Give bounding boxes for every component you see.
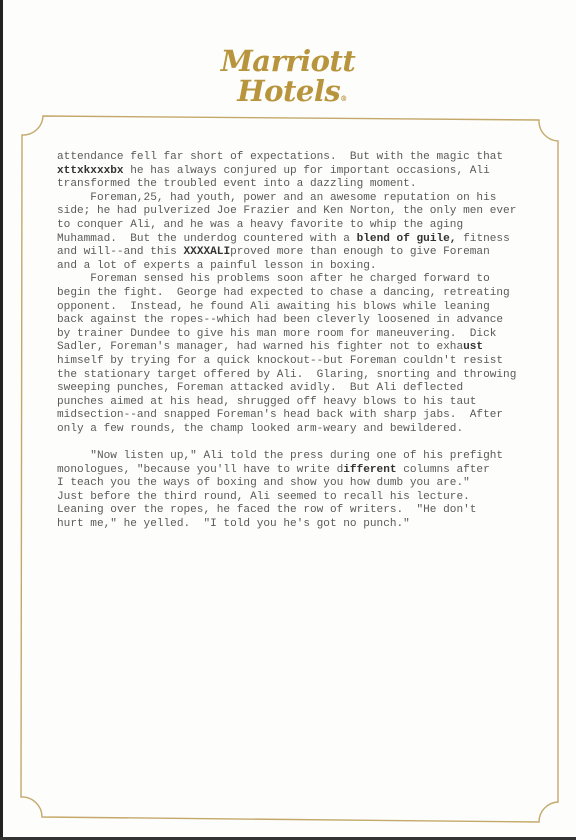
text-run: by trainer Dundee to give his man more r…	[57, 328, 496, 340]
text-run: Leaning over the ropes, he faced the row…	[57, 504, 476, 516]
text-line: "Now listen up," Ali told the press duri…	[57, 450, 557, 464]
text-run: proved more than enough to give Foreman	[230, 246, 490, 258]
text-run: fitness	[456, 233, 509, 245]
text-line: opponent. Instead, he found Ali awaiting…	[57, 301, 557, 315]
text-run: begin the fight. George had expected to …	[57, 287, 510, 299]
text-line: Just before the third round, Ali seemed …	[57, 491, 557, 505]
text-line: and will--and this XXXXALIproved more th…	[57, 246, 557, 260]
text-line: himself by trying for a quick knockout--…	[57, 355, 557, 369]
text-line: by trainer Dundee to give his man more r…	[57, 328, 557, 342]
overtyped-text: ust	[463, 341, 483, 353]
struck-out-text: XXXXALI	[184, 246, 231, 258]
text-run: opponent. Instead, he found Ali awaiting…	[57, 301, 490, 313]
text-run: columns after	[397, 464, 490, 476]
text-run: "Now listen up," Ali told the press duri…	[57, 450, 503, 462]
text-run: punches aimed at his head, shrugged off …	[57, 396, 476, 408]
text-line: and a lot of experts a painful lesson in…	[57, 260, 557, 274]
text-line: punches aimed at his head, shrugged off …	[57, 396, 557, 410]
text-line: sweeping punches, Foreman attacked avidl…	[57, 382, 557, 396]
text-run: side; he had pulverized Joe Frazier and …	[57, 205, 516, 217]
text-run: Just before the third round, Ali seemed …	[57, 491, 470, 503]
text-line: midsection--and snapped Foreman's head b…	[57, 409, 557, 423]
text-run: to conquer Ali, and he was a heavy favor…	[57, 219, 463, 231]
text-run: midsection--and snapped Foreman's head b…	[57, 409, 503, 421]
text-run: the stationary target offered by Ali. Gl…	[57, 369, 516, 381]
text-line: I teach you the ways of boxing and show …	[57, 477, 557, 491]
text-run: only a few rounds, the champ looked arm-…	[57, 423, 463, 435]
text-line: back against the ropes--which had been c…	[57, 314, 557, 328]
struck-out-text: xttxkxxxbx	[57, 165, 124, 177]
text-run: sweeping punches, Foreman attacked avidl…	[57, 382, 463, 394]
overtyped-text: ifferent	[343, 464, 396, 476]
text-run: Foreman,25, had youth, power and an awes…	[57, 192, 496, 204]
text-run: and will--and this	[57, 246, 184, 258]
text-line: the stationary target offered by Ali. Gl…	[57, 369, 557, 383]
overtyped-text: blend of guile,	[357, 233, 457, 245]
text-line: Muhammad. But the underdog countered wit…	[57, 233, 557, 247]
text-run: Muhammad. But the underdog countered wit…	[57, 233, 357, 245]
text-line	[57, 436, 557, 450]
letter-body: attendance fell far short of expectation…	[57, 151, 557, 532]
text-line: hurt me," he yelled. "I told you he's go…	[57, 518, 557, 532]
text-run: Foreman sensed his problems soon after h…	[57, 273, 490, 285]
text-line: monologues, "because you'll have to writ…	[57, 464, 557, 478]
text-line: Sadler, Foreman's manager, had warned hi…	[57, 341, 557, 355]
text-run: monologues, "because you'll have to writ…	[57, 464, 343, 476]
text-run: he has always conjured up for important …	[124, 165, 490, 177]
text-line: only a few rounds, the champ looked arm-…	[57, 423, 557, 437]
text-line: side; he had pulverized Joe Frazier and …	[57, 205, 557, 219]
text-run: himself by trying for a quick knockout--…	[57, 355, 503, 367]
text-line: to conquer Ali, and he was a heavy favor…	[57, 219, 557, 233]
text-run: attendance fell far short of expectation…	[57, 151, 503, 163]
text-line: transformed the troubled event into a da…	[57, 178, 557, 192]
text-line: attendance fell far short of expectation…	[57, 151, 557, 165]
text-line: Leaning over the ropes, he faced the row…	[57, 504, 557, 518]
text-run: I teach you the ways of boxing and show …	[57, 477, 470, 489]
text-line: begin the fight. George had expected to …	[57, 287, 557, 301]
text-run: transformed the troubled event into a da…	[57, 178, 417, 190]
text-run: back against the ropes--which had been c…	[57, 314, 503, 326]
text-run: Sadler, Foreman's manager, had warned hi…	[57, 341, 463, 353]
text-line: xttxkxxxbx he has always conjured up for…	[57, 165, 557, 179]
text-run: and a lot of experts a painful lesson in…	[57, 260, 377, 272]
text-line: Foreman sensed his problems soon after h…	[57, 273, 557, 287]
text-run: hurt me," he yelled. "I told you he's go…	[57, 518, 410, 530]
text-line: Foreman,25, had youth, power and an awes…	[57, 192, 557, 206]
